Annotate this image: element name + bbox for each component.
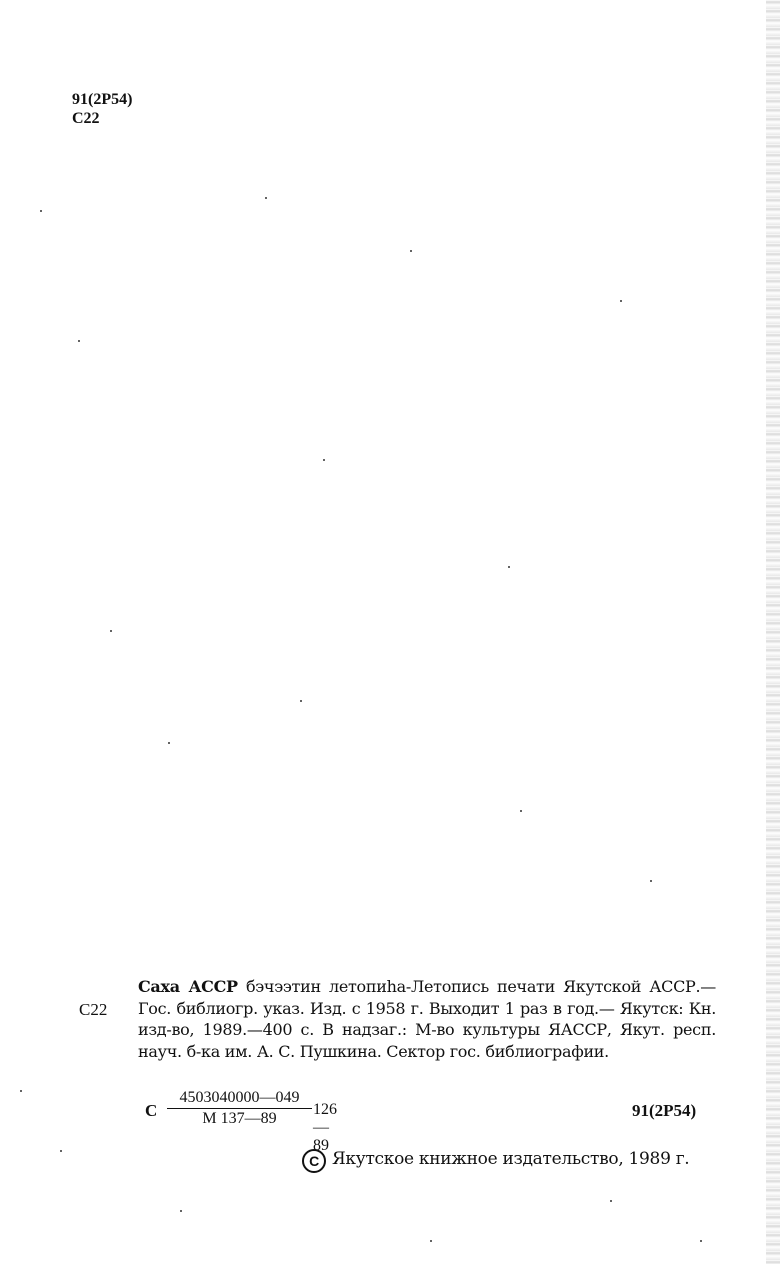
classification-header: 91(2Р54) С22	[72, 90, 132, 128]
bibliographic-entry: Саха АССР бэчээтин летопиhа-Летопись печ…	[138, 976, 716, 1062]
speck	[110, 630, 112, 632]
speck	[508, 566, 510, 568]
classification-code: 91(2Р54)	[72, 90, 132, 109]
copyright-text: Якутское книжное издательство, 1989 г.	[332, 1149, 689, 1169]
speck	[410, 250, 412, 252]
speck	[430, 1240, 432, 1242]
speck	[78, 340, 80, 342]
author-mark: С22	[72, 109, 132, 128]
speck	[520, 810, 522, 812]
speck	[20, 1090, 22, 1092]
index-denominator: М 137—89	[167, 1109, 312, 1128]
speck	[323, 459, 325, 461]
catalog-side-code: С22	[79, 1000, 107, 1020]
speck	[650, 880, 652, 882]
speck	[620, 300, 622, 302]
index-letter: С	[145, 1101, 157, 1121]
speck	[265, 197, 267, 199]
entry-title: Саха АССР	[138, 977, 238, 996]
index-numerator: 4503040000—049	[167, 1088, 312, 1109]
speck	[610, 1200, 612, 1202]
speck	[700, 1240, 702, 1242]
speck	[180, 1210, 182, 1212]
copyright-icon: C	[302, 1149, 326, 1173]
speck	[300, 700, 302, 702]
scan-binding-edge	[766, 0, 780, 1264]
speck	[168, 742, 170, 744]
speck	[60, 1150, 62, 1152]
copyright-line: CЯкутское книжное издательство, 1989 г.	[302, 1149, 689, 1173]
bbk-code: 91(2Р54)	[632, 1101, 696, 1121]
speck	[40, 210, 42, 212]
index-suffix: 126—89	[313, 1101, 337, 1155]
index-fraction: 4503040000—049 М 137—89	[167, 1088, 312, 1128]
